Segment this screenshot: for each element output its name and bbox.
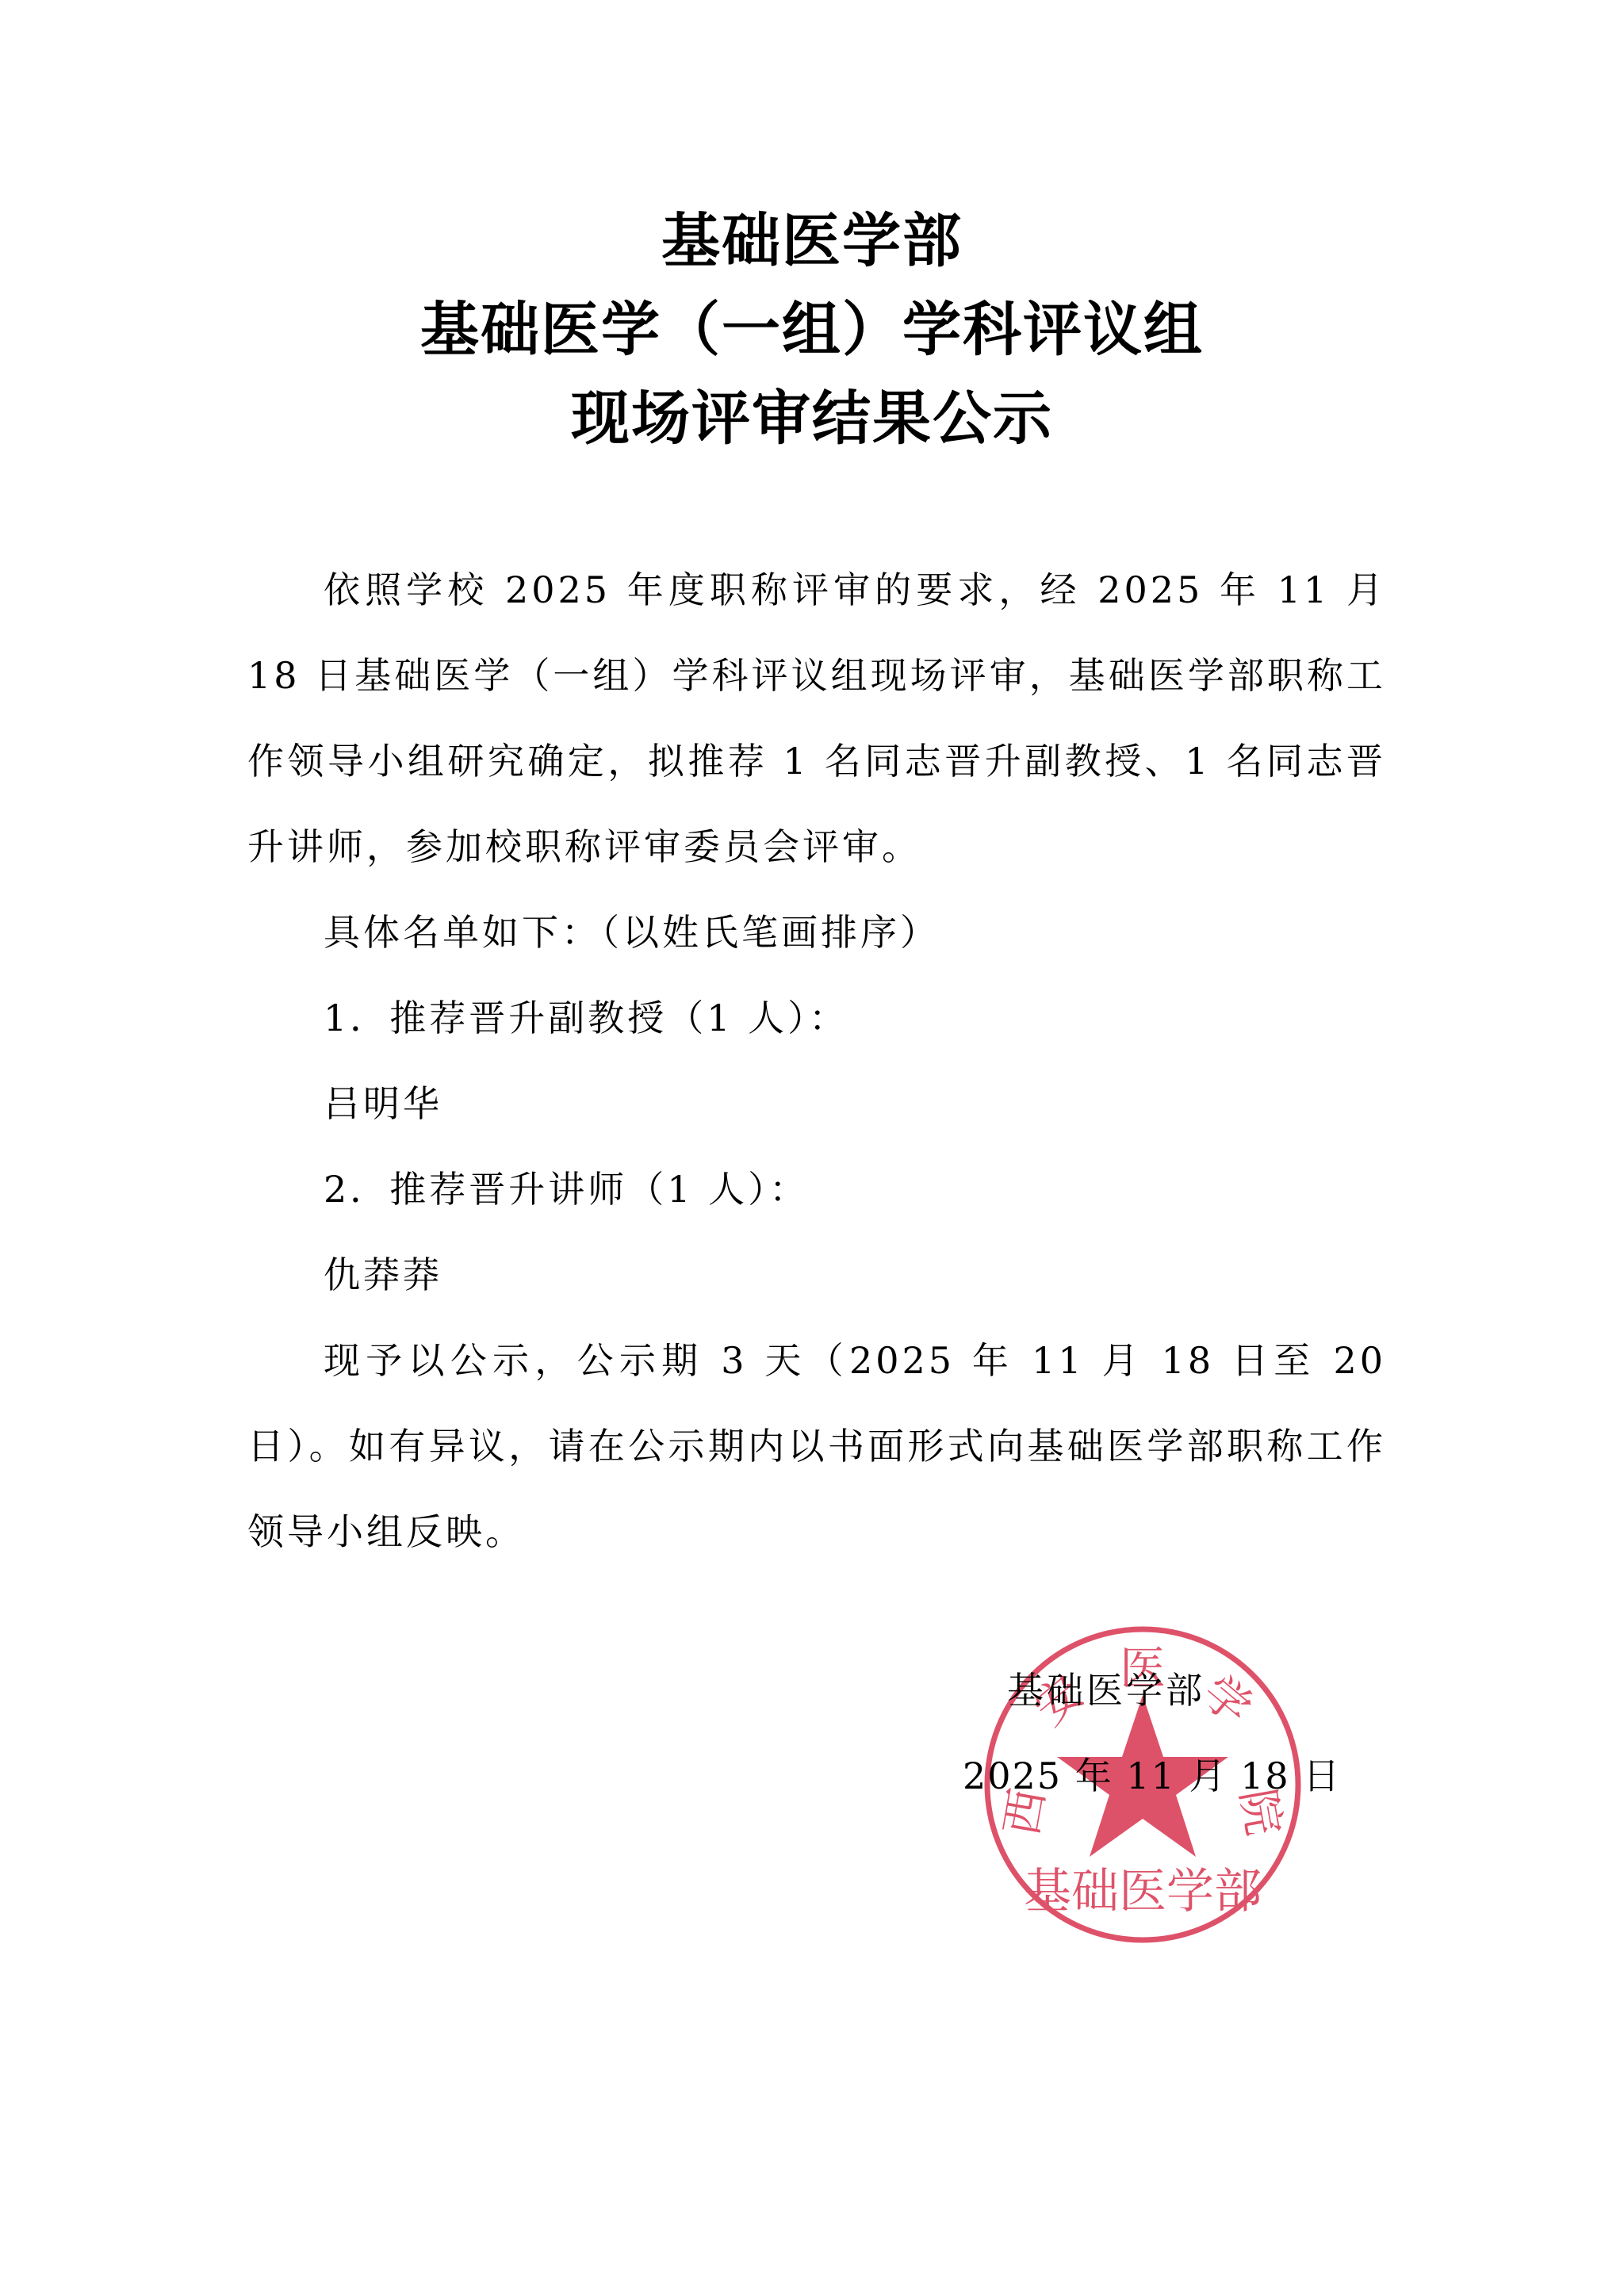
signature-date: 2025 年 11 月 18 日	[963, 1747, 1341, 1800]
signature-organization: 基础医学部	[1007, 1662, 1205, 1714]
document-body: 依照学校 2025 年度职称评审的要求，经 2025 年 11 月 18 日基础…	[247, 547, 1386, 1575]
section2-heading: 2．推荐晋升讲师（1 人）：	[247, 1146, 1386, 1232]
seal-center-text: 基础医学部	[1024, 1864, 1262, 1919]
section2-names: 仇莽莽	[247, 1232, 1386, 1318]
section1-names: 吕明华	[247, 1061, 1386, 1146]
title-line-department: 基础医学部	[0, 197, 1624, 285]
title-line-subject: 现场评审结果公示	[0, 374, 1624, 463]
list-intro: 具体名单如下：（以姓氏笔画排序）	[247, 890, 1386, 975]
title-line-committee: 基础医学（一组）学科评议组	[0, 285, 1624, 374]
notice-paragraph: 现予以公示，公示期 3 天（2025 年 11 月 18 日至 20 日）。如有…	[247, 1318, 1386, 1575]
intro-paragraph: 依照学校 2025 年度职称评审的要求，经 2025 年 11 月 18 日基础…	[247, 547, 1386, 890]
section1-heading: 1．推荐晋升副教授（1 人）：	[247, 975, 1386, 1061]
document-title: 基础医学部 基础医学（一组）学科评议组 现场评审结果公示	[0, 197, 1624, 463]
